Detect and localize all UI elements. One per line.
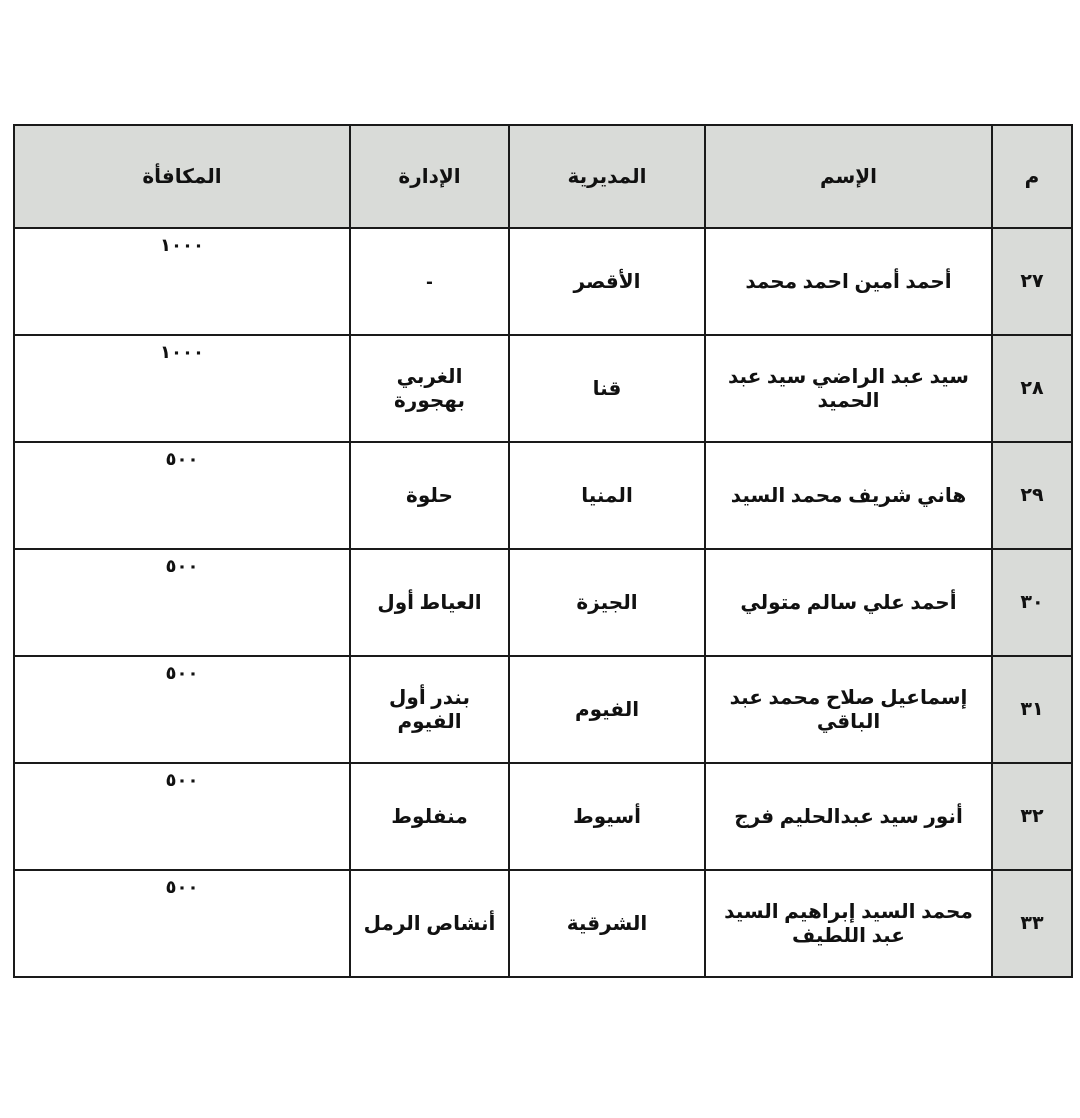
row-administration: العياط أول [350,549,509,656]
header-name: الإسم [705,125,992,228]
row-name: إسماعيل صلاح محمد عبد الباقي [705,656,992,763]
row-directorate: الشرقية [509,870,705,977]
table-row: ٢٩ هاني شريف محمد السيد المنيا حلوة ٥٠٠ [14,442,1072,549]
header-num: م [992,125,1072,228]
row-administration: منفلوط [350,763,509,870]
row-num: ٢٧ [992,228,1072,335]
row-num: ٣١ [992,656,1072,763]
row-reward: ٥٠٠ [14,549,350,656]
row-num: ٣٢ [992,763,1072,870]
row-directorate: المنيا [509,442,705,549]
row-name: أحمد أمين احمد محمد [705,228,992,335]
row-name: هاني شريف محمد السيد [705,442,992,549]
row-administration: الغربي بهجورة [350,335,509,442]
row-administration: أنشاص الرمل [350,870,509,977]
row-reward: ٥٠٠ [14,870,350,977]
table-row: ٣٣ محمد السيد إبراهيم السيد عبد اللطيف ا… [14,870,1072,977]
row-directorate: الأقصر [509,228,705,335]
row-name: أحمد علي سالم متولي [705,549,992,656]
table-row: ٢٧ أحمد أمين احمد محمد الأقصر - ١٠٠٠ [14,228,1072,335]
row-num: ٢٩ [992,442,1072,549]
row-name: محمد السيد إبراهيم السيد عبد اللطيف [705,870,992,977]
header-reward: المكافأة [14,125,350,228]
row-directorate: الفيوم [509,656,705,763]
table-row: ٣١ إسماعيل صلاح محمد عبد الباقي الفيوم ب… [14,656,1072,763]
row-reward: ٥٠٠ [14,656,350,763]
row-administration: بندر أول الفيوم [350,656,509,763]
row-administration: - [350,228,509,335]
row-directorate: أسيوط [509,763,705,870]
row-num: ٣٣ [992,870,1072,977]
row-num: ٣٠ [992,549,1072,656]
row-administration: حلوة [350,442,509,549]
table-header-row: م الإسم المديرية الإدارة المكافأة [14,125,1072,228]
table-row: ٣٢ أنور سيد عبدالحليم فرج أسيوط منفلوط ٥… [14,763,1072,870]
row-reward: ٥٠٠ [14,442,350,549]
row-directorate: الجيزة [509,549,705,656]
table-row: ٣٠ أحمد علي سالم متولي الجيزة العياط أول… [14,549,1072,656]
row-num: ٢٨ [992,335,1072,442]
row-reward: ١٠٠٠ [14,335,350,442]
row-reward: ١٠٠٠ [14,228,350,335]
row-directorate: قنا [509,335,705,442]
rewards-table-container: م الإسم المديرية الإدارة المكافأة ٢٧ أحم… [13,124,1071,978]
row-name: سيد عبد الراضي سيد عبد الحميد [705,335,992,442]
header-directorate: المديرية [509,125,705,228]
header-administration: الإدارة [350,125,509,228]
rewards-table: م الإسم المديرية الإدارة المكافأة ٢٧ أحم… [13,124,1073,978]
table-row: ٢٨ سيد عبد الراضي سيد عبد الحميد قنا الغ… [14,335,1072,442]
row-reward: ٥٠٠ [14,763,350,870]
row-name: أنور سيد عبدالحليم فرج [705,763,992,870]
